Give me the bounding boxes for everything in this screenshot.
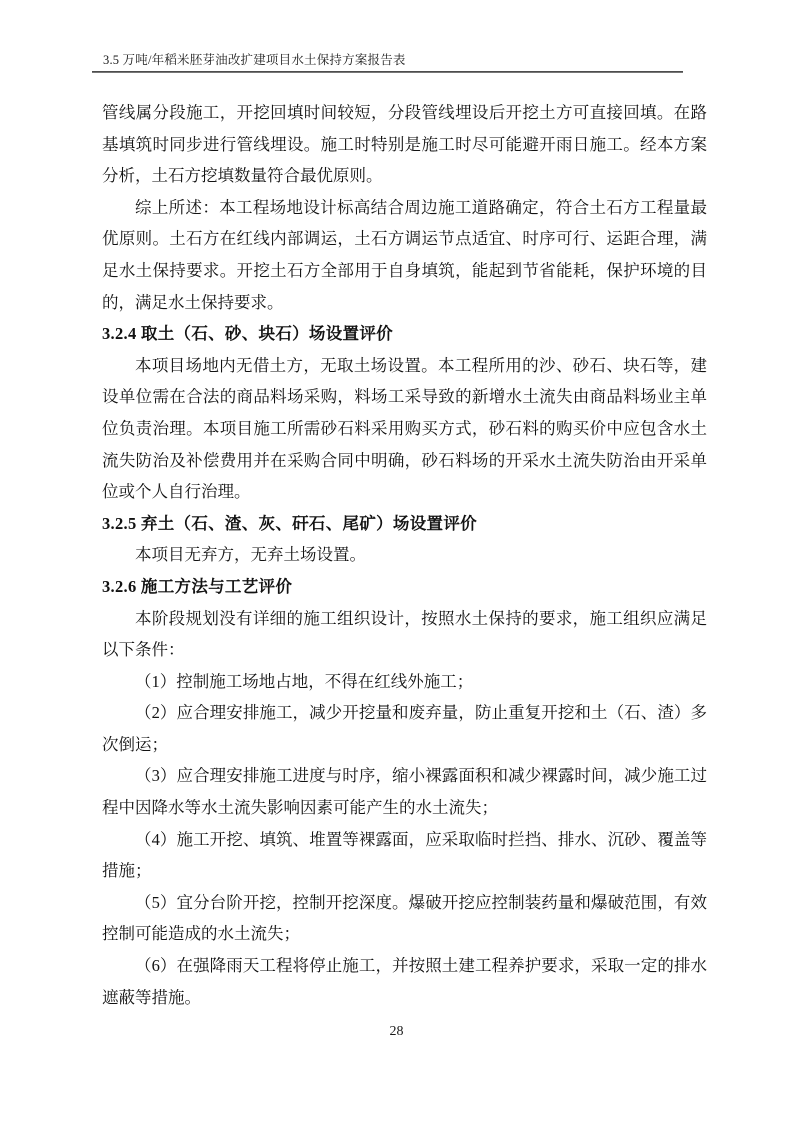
document-page: 3.5 万吨/年稻米胚芽油改扩建项目水土保持方案报告表 管线属分段施工，开挖回填…	[0, 0, 793, 1122]
list-item-4: （4）施工开挖、填筑、堆置等裸露面，应采取临时拦挡、排水、沉砂、覆盖等措施；	[102, 824, 707, 887]
list-item-5: （5）宜分台阶开挖，控制开挖深度。爆破开挖应控制装药量和爆破范围，有效控制可能造…	[102, 887, 707, 950]
list-item-1: （1）控制施工场地占地，不得在红线外施工；	[102, 666, 707, 698]
running-header-title: 3.5 万吨/年稻米胚芽油改扩建项目水土保持方案报告表	[103, 52, 406, 68]
body-paragraph-spoil-site: 本项目无弃方，无弃土场设置。	[102, 539, 707, 571]
body-paragraph-borrow-site: 本项目场地内无借土方，无取土场设置。本工程所用的沙、砂石、块石等，建设单位需在合…	[102, 350, 707, 508]
body-paragraph-construction-intro: 本阶段规划没有详细的施工组织设计，按照水土保持的要求，施工组织应满足以下条件：	[102, 603, 707, 666]
body-paragraph-pipeline-backfill: 管线属分段施工，开挖回填时间较短，分段管线埋设后开挖土方可直接回填。在路基填筑时…	[102, 97, 707, 192]
page-number: 28	[0, 1022, 793, 1042]
body-paragraph-summary: 综上所述：本工程场地设计标高结合周边施工道路确定，符合土石方工程量最优原则。土石…	[102, 192, 707, 318]
document-body: 管线属分段施工，开挖回填时间较短，分段管线埋设后开挖土方可直接回填。在路基填筑时…	[102, 97, 707, 1013]
section-heading-3-2-5: 3.2.5 弃土（石、渣、灰、矸石、尾矿）场设置评价	[102, 508, 707, 540]
header-rule	[92, 71, 683, 73]
section-heading-3-2-4: 3.2.4 取土（石、砂、块石）场设置评价	[102, 318, 707, 350]
list-item-6: （6）在强降雨天工程将停止施工，并按照土建工程养护要求，采取一定的排水遮蔽等措施…	[102, 950, 707, 1013]
section-heading-3-2-6: 3.2.6 施工方法与工艺评价	[102, 571, 707, 603]
list-item-3: （3）应合理安排施工进度与时序，缩小裸露面积和减少裸露时间，减少施工过程中因降水…	[102, 760, 707, 823]
list-item-2: （2）应合理安排施工，减少开挖量和废弃量，防止重复开挖和土（石、渣）多次倒运；	[102, 697, 707, 760]
